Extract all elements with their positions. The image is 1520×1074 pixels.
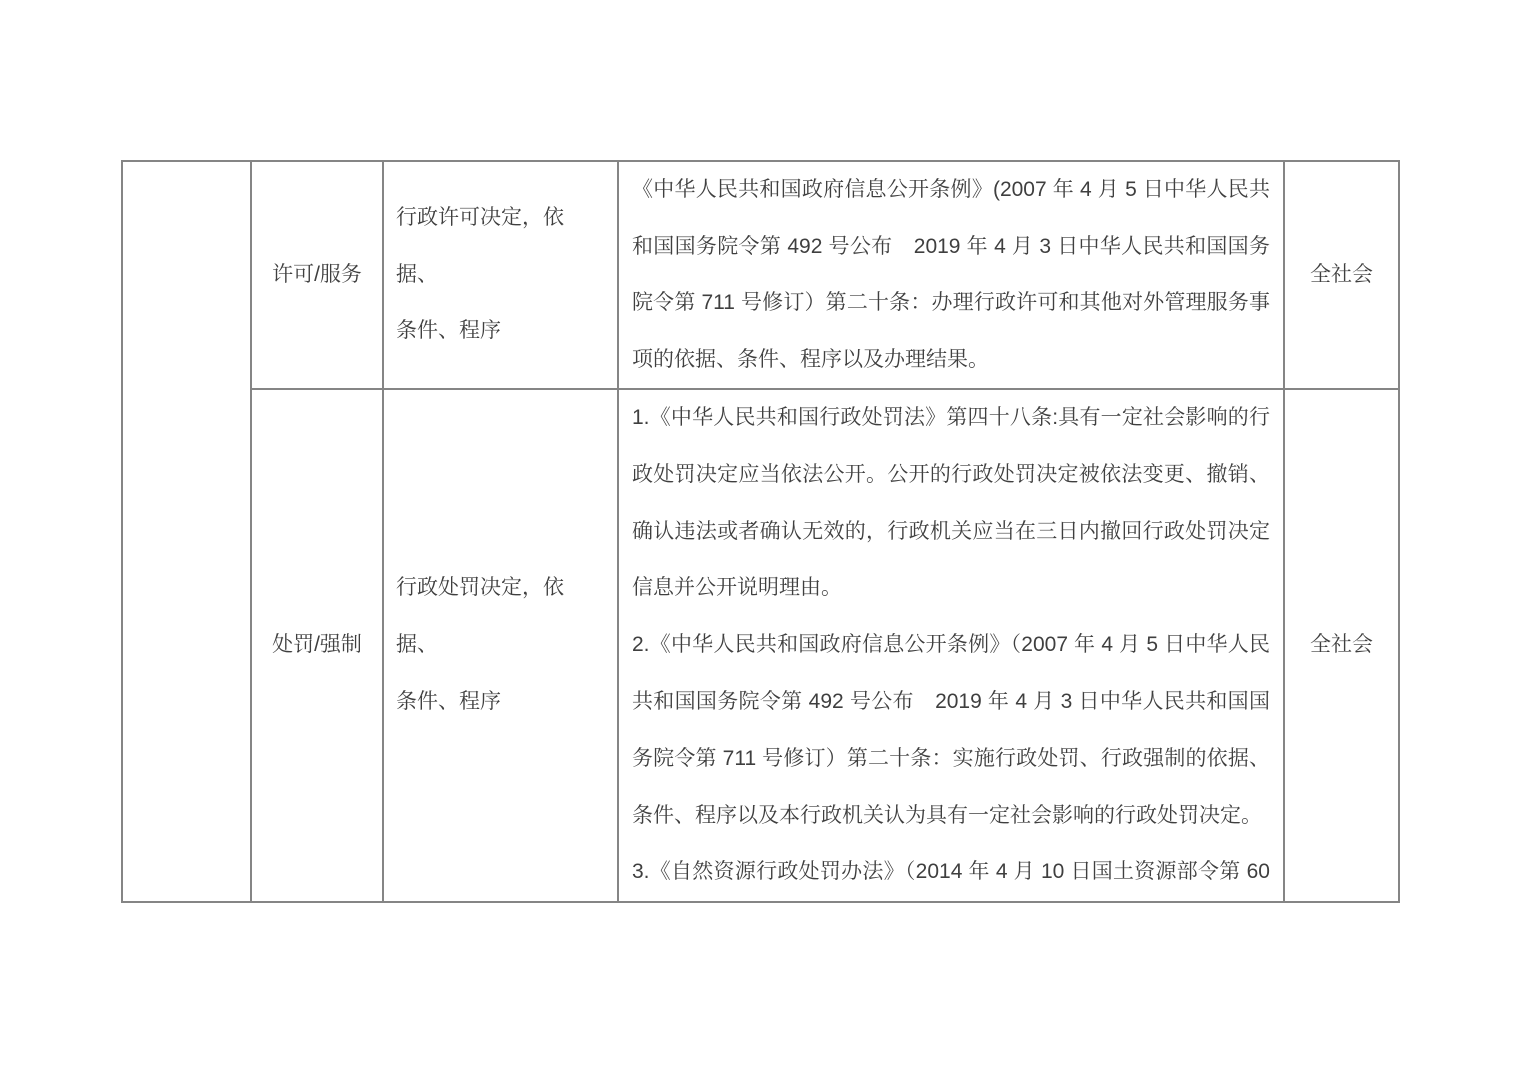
item-line: 行政许可决定，依据、 — [396, 190, 605, 303]
item-line: 条件、程序 — [396, 303, 605, 360]
category-label: 处罚/强制 — [252, 617, 382, 674]
basis-line: 项的依据、条件、程序以及办理结果。 — [632, 332, 1270, 389]
item-line: 行政处罚决定，依据、 — [396, 560, 605, 674]
item-line: 条件、程序 — [396, 674, 605, 731]
basis-cell-penalties: 1.《中华人民共和国行政处罚法》第四十八条:具有一定社会影响的行 政处罚决定应当… — [618, 389, 1284, 902]
document-page: 许可/服务 行政许可决定，依据、 条件、程序 《中华人民共和国政府信息公开条例》… — [0, 0, 1520, 1074]
item-cell-permits: 行政许可决定，依据、 条件、程序 — [383, 161, 618, 389]
category-label: 许可/服务 — [252, 247, 382, 304]
scope-label: 全社会 — [1285, 247, 1398, 304]
row-permits-services: 许可/服务 行政许可决定，依据、 条件、程序 《中华人民共和国政府信息公开条例》… — [122, 161, 1399, 389]
basis-line: 条件、程序以及本行政机关认为具有一定社会影响的行政处罚决定。 — [632, 788, 1270, 845]
scope-cell-permits: 全社会 — [1284, 161, 1399, 389]
disclosure-table: 许可/服务 行政许可决定，依据、 条件、程序 《中华人民共和国政府信息公开条例》… — [121, 160, 1400, 903]
basis-line: 1.《中华人民共和国行政处罚法》第四十八条:具有一定社会影响的行 — [632, 390, 1270, 447]
scope-cell-penalties: 全社会 — [1284, 389, 1399, 902]
basis-line: 和国国务院令第 492 号公布 2019 年 4 月 3 日中华人民共和国国务 — [632, 219, 1270, 276]
merged-left-cell — [122, 161, 251, 902]
basis-line: 2.《中华人民共和国政府信息公开条例》（2007 年 4 月 5 日中华人民 — [632, 617, 1270, 674]
basis-line: 信息并公开说明理由。 — [632, 560, 1270, 617]
row-penalties-enforcement: 处罚/强制 行政处罚决定，依据、 条件、程序 1.《中华人民共和国行政处罚法》第… — [122, 389, 1399, 902]
category-cell-permits: 许可/服务 — [251, 161, 383, 389]
basis-line: 院令第 711 号修订）第二十条：办理行政许可和其他对外管理服务事 — [632, 275, 1270, 332]
basis-line: 确认违法或者确认无效的，行政机关应当在三日内撤回行政处罚决定 — [632, 504, 1270, 561]
basis-cell-permits: 《中华人民共和国政府信息公开条例》(2007 年 4 月 5 日中华人民共 和国… — [618, 161, 1284, 389]
basis-line: 共和国国务院令第 492 号公布 2019 年 4 月 3 日中华人民共和国国 — [632, 674, 1270, 731]
basis-line: 《中华人民共和国政府信息公开条例》(2007 年 4 月 5 日中华人民共 — [632, 162, 1270, 219]
scope-label: 全社会 — [1285, 617, 1398, 674]
basis-line: 3.《自然资源行政处罚办法》（2014 年 4 月 10 日国土资源部令第 60 — [632, 844, 1270, 901]
basis-line: 务院令第 711 号修订）第二十条：实施行政处罚、行政强制的依据、 — [632, 731, 1270, 788]
basis-line: 政处罚决定应当依法公开。公开的行政处罚决定被依法变更、撤销、 — [632, 447, 1270, 504]
category-cell-penalties: 处罚/强制 — [251, 389, 383, 902]
item-cell-penalties: 行政处罚决定，依据、 条件、程序 — [383, 389, 618, 902]
